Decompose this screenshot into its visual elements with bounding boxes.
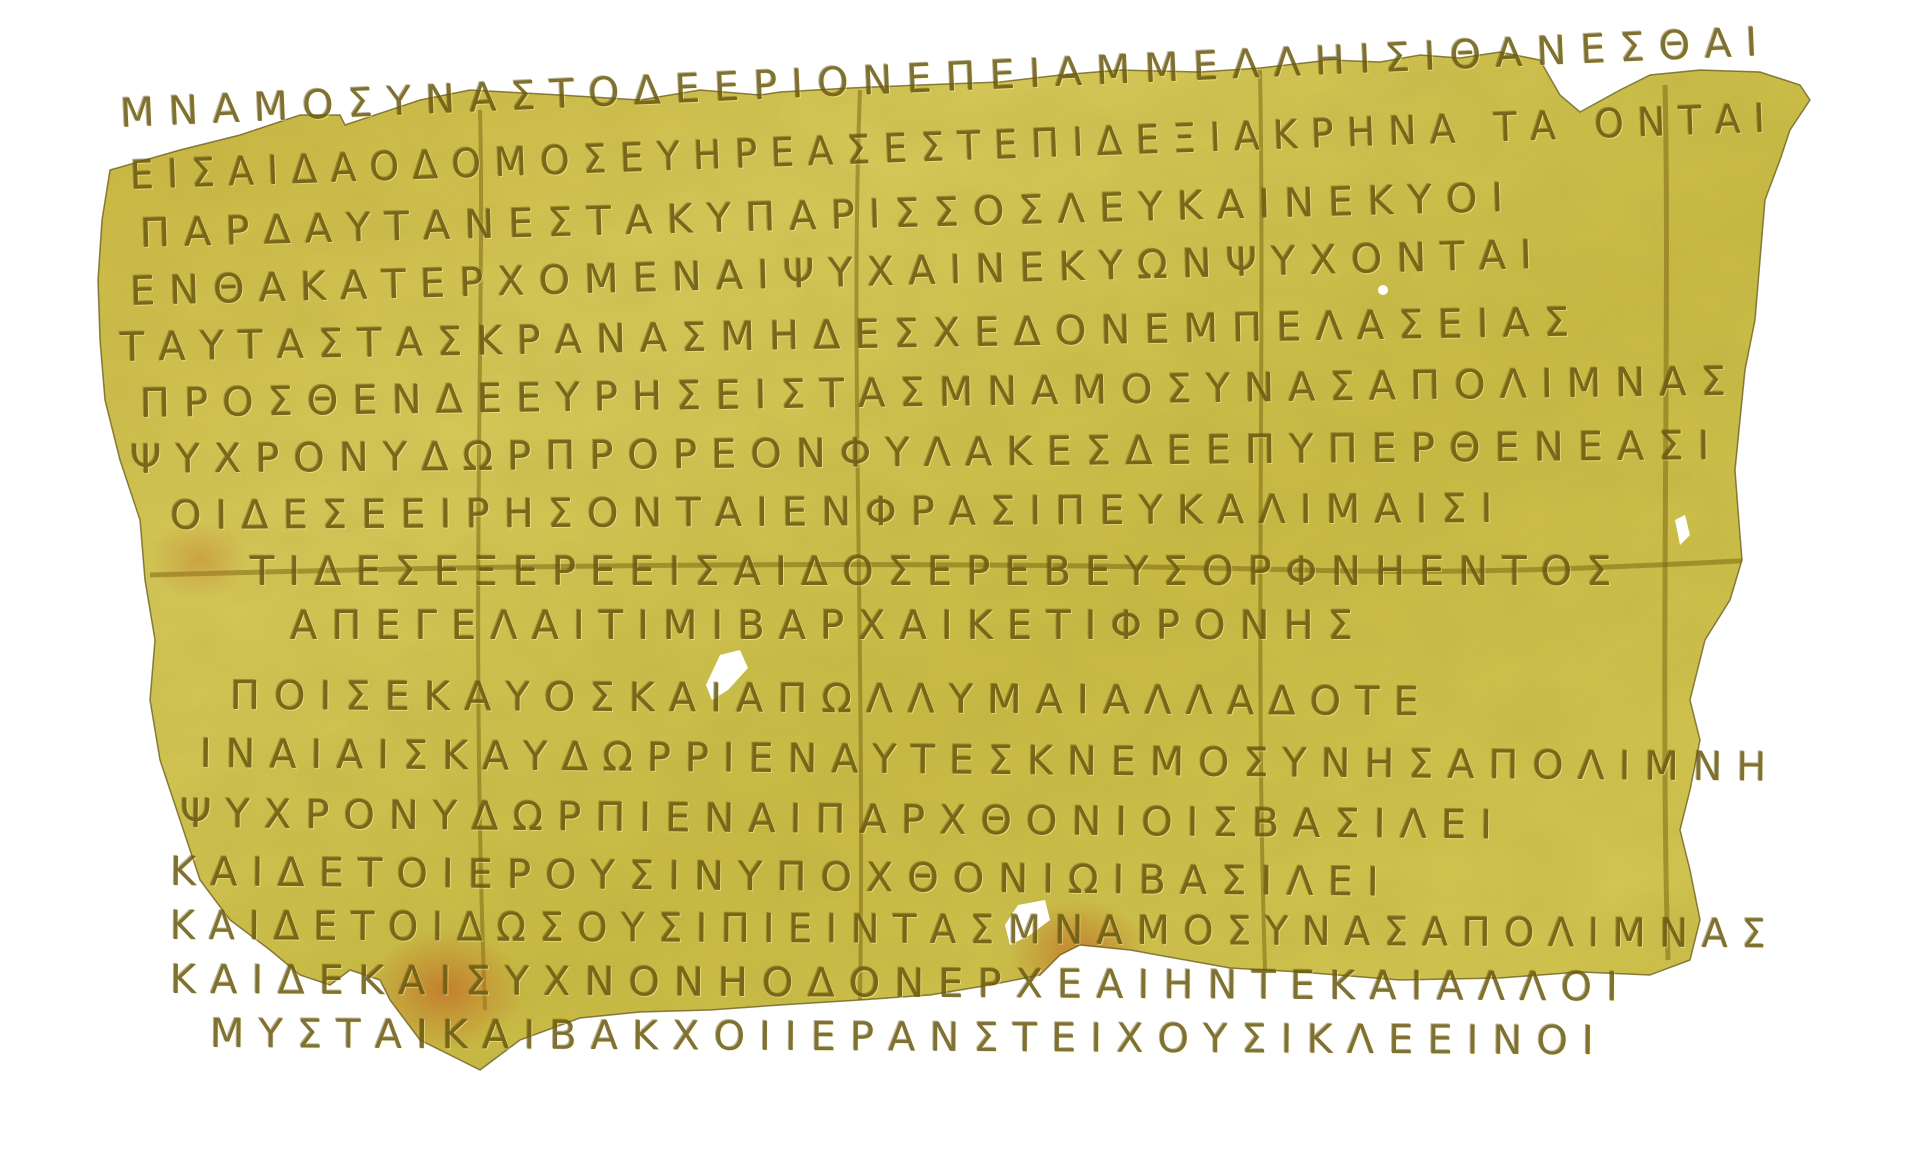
rust-stain-icon (365, 930, 525, 1050)
photo-stage: ΜΝΑΜΟΣΥΝΑΣΤΟΔΕΕΡΙΟΝΕΠΕΙΑΜΜΕΛΛΗΙΣΙΘΑΝΕΣΘΑ… (0, 0, 1920, 1176)
lamella-sheet (0, 0, 1920, 1176)
rust-stain-icon (150, 520, 250, 600)
hole-icon (1378, 285, 1388, 295)
gold-lamella: ΜΝΑΜΟΣΥΝΑΣΤΟΔΕΕΡΙΟΝΕΠΕΙΑΜΜΕΛΛΗΙΣΙΘΑΝΕΣΘΑ… (0, 0, 1920, 1176)
lamella-surface (0, 0, 1920, 1176)
